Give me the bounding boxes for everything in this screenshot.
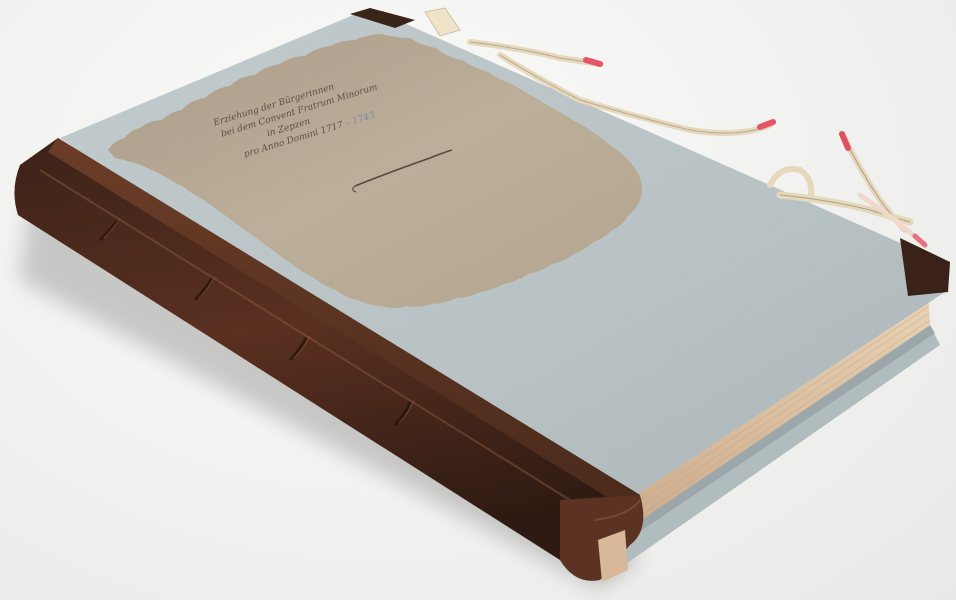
book-illustration bbox=[0, 0, 956, 600]
photo-scene: Erziehung der Bürgerinnen bei dem Conven… bbox=[0, 0, 956, 600]
